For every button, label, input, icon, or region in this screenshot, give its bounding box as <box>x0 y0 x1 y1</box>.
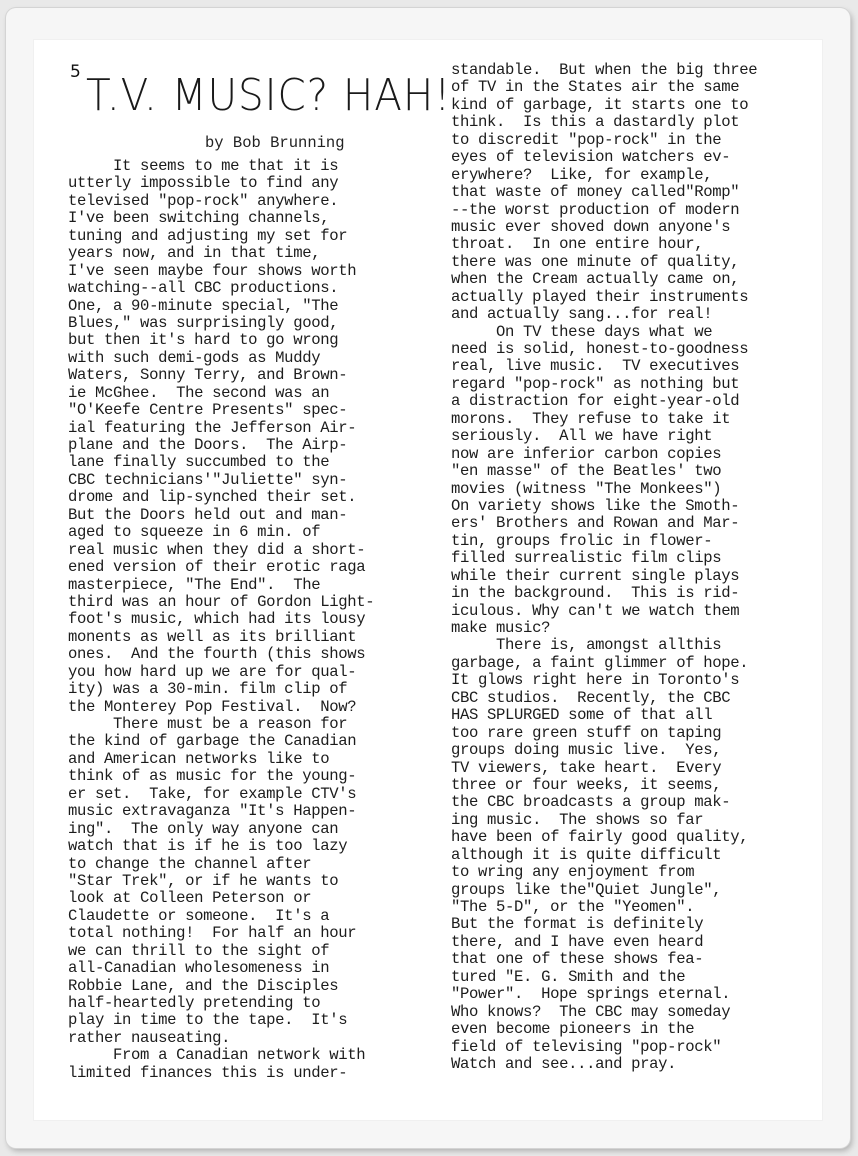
text-line: and actually sang...for real! <box>451 306 757 323</box>
text-line: One, a 90-minute special, "The <box>68 298 374 315</box>
text-line: masterpiece, "The End". The <box>68 577 374 594</box>
article-byline: by Bob Brunning <box>205 134 345 152</box>
text-line: monents as well as its brilliant <box>68 629 374 646</box>
text-line: now are inferior carbon copies <box>451 446 757 463</box>
text-line: ity) was a 30-min. film clip of <box>68 681 374 698</box>
text-line: Watch and see...and pray. <box>451 1056 757 1073</box>
text-line: look at Colleen Peterson or <box>68 890 374 907</box>
text-line: drome and lip-synched their set. <box>68 489 374 506</box>
text-line: limited finances this is under- <box>68 1065 374 1082</box>
text-line: while their current single plays <box>451 568 757 585</box>
text-line: "Star Trek", or if he wants to <box>68 873 374 890</box>
text-line: have been of fairly good quality, <box>451 829 757 846</box>
text-line: the CBC broadcasts a group mak- <box>451 794 757 811</box>
text-line: to wring any enjoyment from <box>451 864 757 881</box>
text-line: play in time to the tape. It's <box>68 1012 374 1029</box>
article-title: T.V. MUSIC? HAH! <box>86 70 451 121</box>
text-line: foot's music, which had its lousy <box>68 611 374 628</box>
text-line: Who knows? The CBC may someday <box>451 1004 757 1021</box>
text-line: On TV these days what we <box>451 324 757 341</box>
text-line: I've been switching channels, <box>68 210 374 227</box>
text-line: "The 5-D", or the "Yeomen". <box>451 899 757 916</box>
text-line: garbage, a faint glimmer of hope. <box>451 655 757 672</box>
text-line: throat. In one entire hour, <box>451 236 757 253</box>
text-line: ing music. The shows so far <box>451 812 757 829</box>
text-line: actually played their instruments <box>451 289 757 306</box>
text-line: kind of garbage, it starts one to <box>451 97 757 114</box>
text-line: "en masse" of the Beatles' two <box>451 463 757 480</box>
text-line: real music when they did a short- <box>68 542 374 559</box>
text-line: seriously. All we have right <box>451 428 757 445</box>
text-line: watching--all CBC productions. <box>68 280 374 297</box>
text-line: even become pioneers in the <box>451 1021 757 1038</box>
text-line: Blues," was surprisingly good, <box>68 315 374 332</box>
text-line: you how hard up we are for qual- <box>68 664 374 681</box>
text-line: watch that is if he is too lazy <box>68 838 374 855</box>
text-line: regard "pop-rock" as nothing but <box>451 376 757 393</box>
text-line: filled surrealistic film clips <box>451 550 757 567</box>
text-line: From a Canadian network with <box>68 1047 374 1064</box>
text-line: although it is quite difficult <box>451 847 757 864</box>
text-line: aged to squeeze in 6 min. of <box>68 524 374 541</box>
text-line: CBC technicians'"Juliette" syn- <box>68 472 374 489</box>
text-line: utterly impossible to find any <box>68 175 374 192</box>
text-line: three or four weeks, it seems, <box>451 777 757 794</box>
text-line: there was one minute of quality, <box>451 254 757 271</box>
text-line: music ever shoved down anyone's <box>451 219 757 236</box>
text-line: with such demi-gods as Muddy <box>68 350 374 367</box>
text-line: make music? <box>451 620 757 637</box>
text-line: HAS SPLURGED some of that all <box>451 707 757 724</box>
text-line: It seems to me that it is <box>68 158 374 175</box>
text-line: think of as music for the young- <box>68 768 374 785</box>
text-line: TV viewers, take heart. Every <box>451 760 757 777</box>
text-line: erywhere? Like, for example, <box>451 167 757 184</box>
text-line: standable. But when the big three <box>451 62 757 79</box>
text-line: But the format is definitely <box>451 916 757 933</box>
text-line: that one of these shows fea- <box>451 951 757 968</box>
text-line: years now, and in that time, <box>68 245 374 262</box>
text-line: --the worst production of modern <box>451 202 757 219</box>
text-line: too rare green stuff on taping <box>451 725 757 742</box>
text-line: Waters, Sonny Terry, and Brown- <box>68 367 374 384</box>
text-line: when the Cream actually came on, <box>451 271 757 288</box>
text-line: There must be a reason for <box>68 716 374 733</box>
text-line: music extravaganza "It's Happen- <box>68 803 374 820</box>
left-text-column: It seems to me that it isutterly impossi… <box>68 158 374 1082</box>
text-line: I've seen maybe four shows worth <box>68 263 374 280</box>
text-line: all-Canadian wholesomeness in <box>68 960 374 977</box>
text-line: but then it's hard to go wrong <box>68 332 374 349</box>
text-line: a distraction for eight-year-old <box>451 393 757 410</box>
text-line: televised "pop-rock" anywhere. <box>68 193 374 210</box>
text-line: we can thrill to the sight of <box>68 943 374 960</box>
right-text-column: standable. But when the big threeof TV i… <box>451 62 757 1073</box>
text-line: the Monterey Pop Festival. Now? <box>68 699 374 716</box>
text-line: groups like the"Quiet Jungle", <box>451 882 757 899</box>
text-line: to change the channel after <box>68 856 374 873</box>
text-line: ers' Brothers and Rowan and Mar- <box>451 515 757 532</box>
text-line: think. Is this a dastardly plot <box>451 114 757 131</box>
text-line: that waste of money called"Romp" <box>451 184 757 201</box>
text-line: and American networks like to <box>68 751 374 768</box>
text-line: of TV in the States air the same <box>451 79 757 96</box>
text-line: field of televising "pop-rock" <box>451 1039 757 1056</box>
text-line: plane and the Doors. The Airp- <box>68 437 374 454</box>
text-line: Claudette or someone. It's a <box>68 908 374 925</box>
text-line: "Power". Hope springs eternal. <box>451 986 757 1003</box>
text-line: in the background. This is rid- <box>451 585 757 602</box>
text-line: ones. And the fourth (this shows <box>68 646 374 663</box>
text-line: "O'Keefe Centre Presents" spec- <box>68 402 374 419</box>
text-line: tin, groups frolic in flower- <box>451 533 757 550</box>
text-line: ie McGhee. The second was an <box>68 385 374 402</box>
text-line: But the Doors held out and man- <box>68 507 374 524</box>
text-line: there, and I have even heard <box>451 934 757 951</box>
text-line: lane finally succumbed to the <box>68 454 374 471</box>
text-line: eyes of television watchers ev- <box>451 149 757 166</box>
page-number: 5 <box>70 62 81 82</box>
text-line: the kind of garbage the Canadian <box>68 733 374 750</box>
text-line: There is, amongst allthis <box>451 637 757 654</box>
text-line: ing". The only way anyone can <box>68 821 374 838</box>
text-line: to discredit "pop-rock" in the <box>451 132 757 149</box>
text-line: half-heartedly pretending to <box>68 995 374 1012</box>
text-line: third was an hour of Gordon Light- <box>68 594 374 611</box>
text-line: tured "E. G. Smith and the <box>451 969 757 986</box>
text-line: movies (witness "The Monkees") <box>451 481 757 498</box>
text-line: Robbie Lane, and the Disciples <box>68 978 374 995</box>
text-line: er set. Take, for example CTV's <box>68 786 374 803</box>
text-line: tuning and adjusting my set for <box>68 228 374 245</box>
text-line: CBC studios. Recently, the CBC <box>451 690 757 707</box>
text-line: groups doing music live. Yes, <box>451 742 757 759</box>
text-line: real, live music. TV executives <box>451 358 757 375</box>
text-line: need is solid, honest-to-goodness <box>451 341 757 358</box>
text-line: rather nauseating. <box>68 1030 374 1047</box>
text-line: On variety shows like the Smoth- <box>451 498 757 515</box>
text-line: iculous. Why can't we watch them <box>451 603 757 620</box>
text-line: morons. They refuse to take it <box>451 411 757 428</box>
text-line: It glows right here in Toronto's <box>451 672 757 689</box>
text-line: total nothing! For half an hour <box>68 925 374 942</box>
text-line: ened version of their erotic raga <box>68 559 374 576</box>
text-line: ial featuring the Jefferson Air- <box>68 420 374 437</box>
